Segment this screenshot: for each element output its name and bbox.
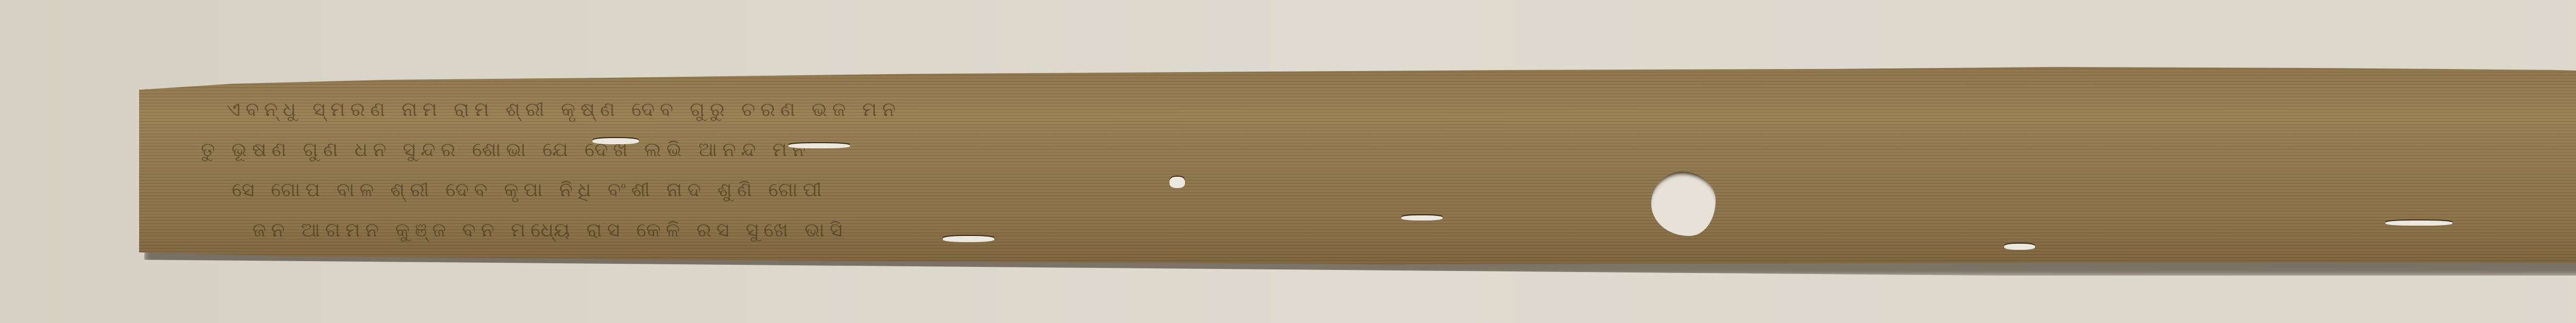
manuscript-line-1: ଏବନ୍ଧୁ ସ୍ମରଣ ନାମ ରାମ ଶ୍ରୀ କୃଷ୍ଣ ଦେବ ଗୁରୁ… — [139, 98, 2576, 122]
worm-damage — [1170, 177, 1185, 188]
manuscript-line-2: ତୁ ଭୂଷଣ ଗୁଣ ଧନ ସୁନ୍ଦର ଶୋଭା ଯେ ଦେଖି ଲଭି ଆ… — [139, 138, 2576, 162]
manuscript-line-4: ଜନ ଆଗମନ କୁଞ୍ଜ ବନ ମଧ୍ୟେ ରାସ କେଳି ରସ ସୁଖେ … — [139, 218, 2576, 242]
worm-damage — [2385, 220, 2452, 226]
palm-leaf-manuscript: ଏବନ୍ଧୁ ସ୍ମରଣ ନାମ ରାମ ଶ୍ରୀ କୃଷ୍ଣ ଦେବ ଗୁରୁ… — [139, 66, 2576, 264]
worm-damage — [1401, 215, 1443, 220]
worm-damage — [943, 236, 994, 242]
manuscript-line-3: ସେ ଗୋପ ବାଳ ଶ୍ରୀ ଦେବ କୃପା ନିଧି ବଂଶୀ ନାଦ ଶ… — [139, 178, 2576, 202]
worm-damage — [592, 138, 639, 144]
worm-damage — [2004, 244, 2035, 250]
worm-damage — [788, 143, 850, 148]
